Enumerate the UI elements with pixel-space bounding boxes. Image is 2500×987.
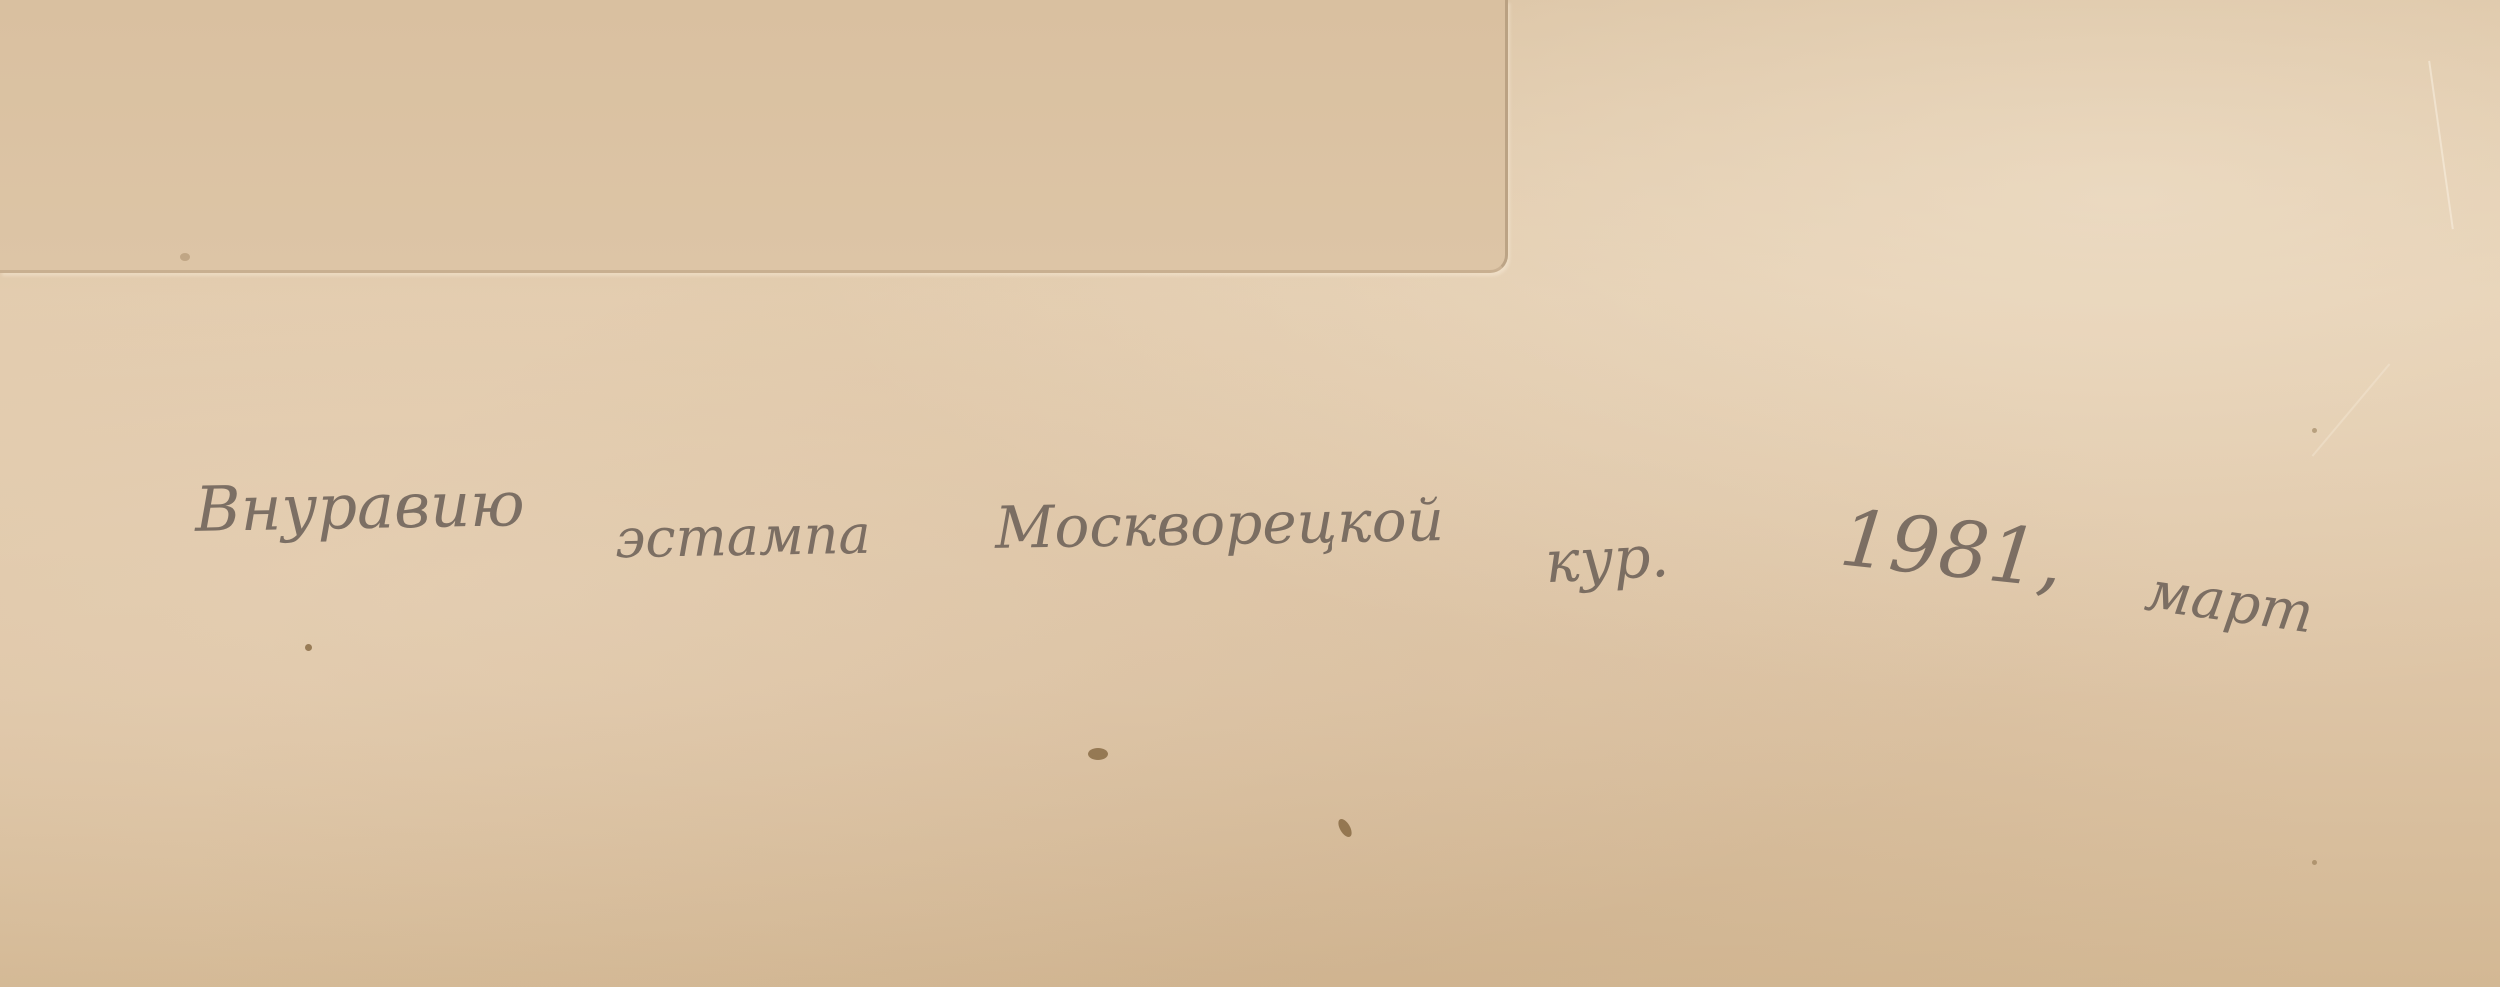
foxing-spot	[2312, 860, 2317, 865]
inscription-word: кур.	[1543, 522, 1670, 596]
inscription-word: Москворецкой	[994, 486, 1444, 562]
foxing-spot	[180, 253, 190, 261]
inscription-word: Внуравию	[194, 467, 525, 546]
foxing-spot	[2312, 428, 2317, 433]
foxing-spot	[1088, 748, 1108, 760]
foxing-spot	[305, 644, 312, 651]
inscription-word: эстампа	[614, 503, 871, 570]
plate-mark	[0, 0, 1508, 273]
